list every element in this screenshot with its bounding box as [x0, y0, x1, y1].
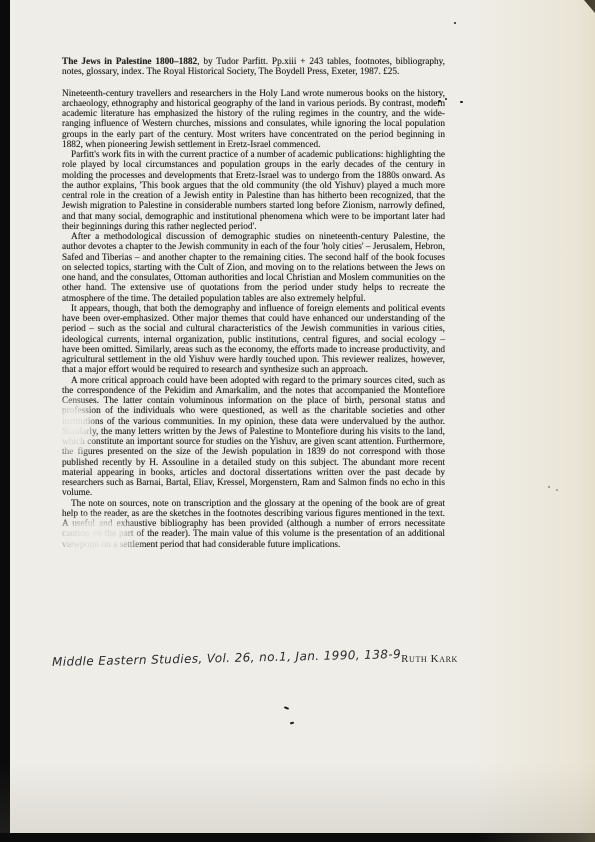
paper-tint-bottom: [0, 763, 595, 833]
review-paragraph: Nineteenth-century travellers and resear…: [62, 89, 445, 151]
review-header: The Jews in Palestine 1800–1882, by Tudo…: [62, 57, 445, 78]
scan-speckle: [445, 98, 447, 100]
reviewer-name: Ruth Kark: [401, 653, 458, 665]
annotation-row: Middle Eastern Studies, Vol. 26, no.1, J…: [52, 651, 448, 665]
scan-speckle: [460, 101, 463, 103]
scan-speckle: [556, 489, 558, 491]
scan-speckle: [290, 722, 294, 725]
scanned-page: The Jews in Palestine 1800–1882, by Tudo…: [0, 0, 595, 842]
review-paragraph: Parfitt's work fits in with the current …: [62, 150, 445, 232]
book-title: The Jews in Palestine 1800–1882: [62, 57, 197, 67]
scan-edge-bottom: [0, 833, 595, 842]
review-paragraph: The note on sources, note on transcripti…: [62, 499, 445, 550]
scan-speckle: [284, 706, 289, 710]
review-paragraph: A more critical approach could have been…: [62, 376, 445, 499]
scan-corner-mark: [584, 0, 595, 13]
scan-speckle: [454, 22, 456, 24]
scan-speckle: [438, 100, 441, 102]
handwritten-citation: Middle Eastern Studies, Vol. 26, no.1, J…: [52, 647, 401, 669]
scan-edge-left: [0, 0, 10, 842]
review-text-block: The Jews in Palestine 1800–1882, by Tudo…: [62, 57, 445, 550]
review-paragraph: It appears, though, that both the demogr…: [62, 304, 445, 376]
scan-speckle: [548, 486, 550, 488]
review-paragraph: After a methodological discussion of dem…: [62, 232, 445, 304]
paper-tint-right: [475, 0, 595, 842]
